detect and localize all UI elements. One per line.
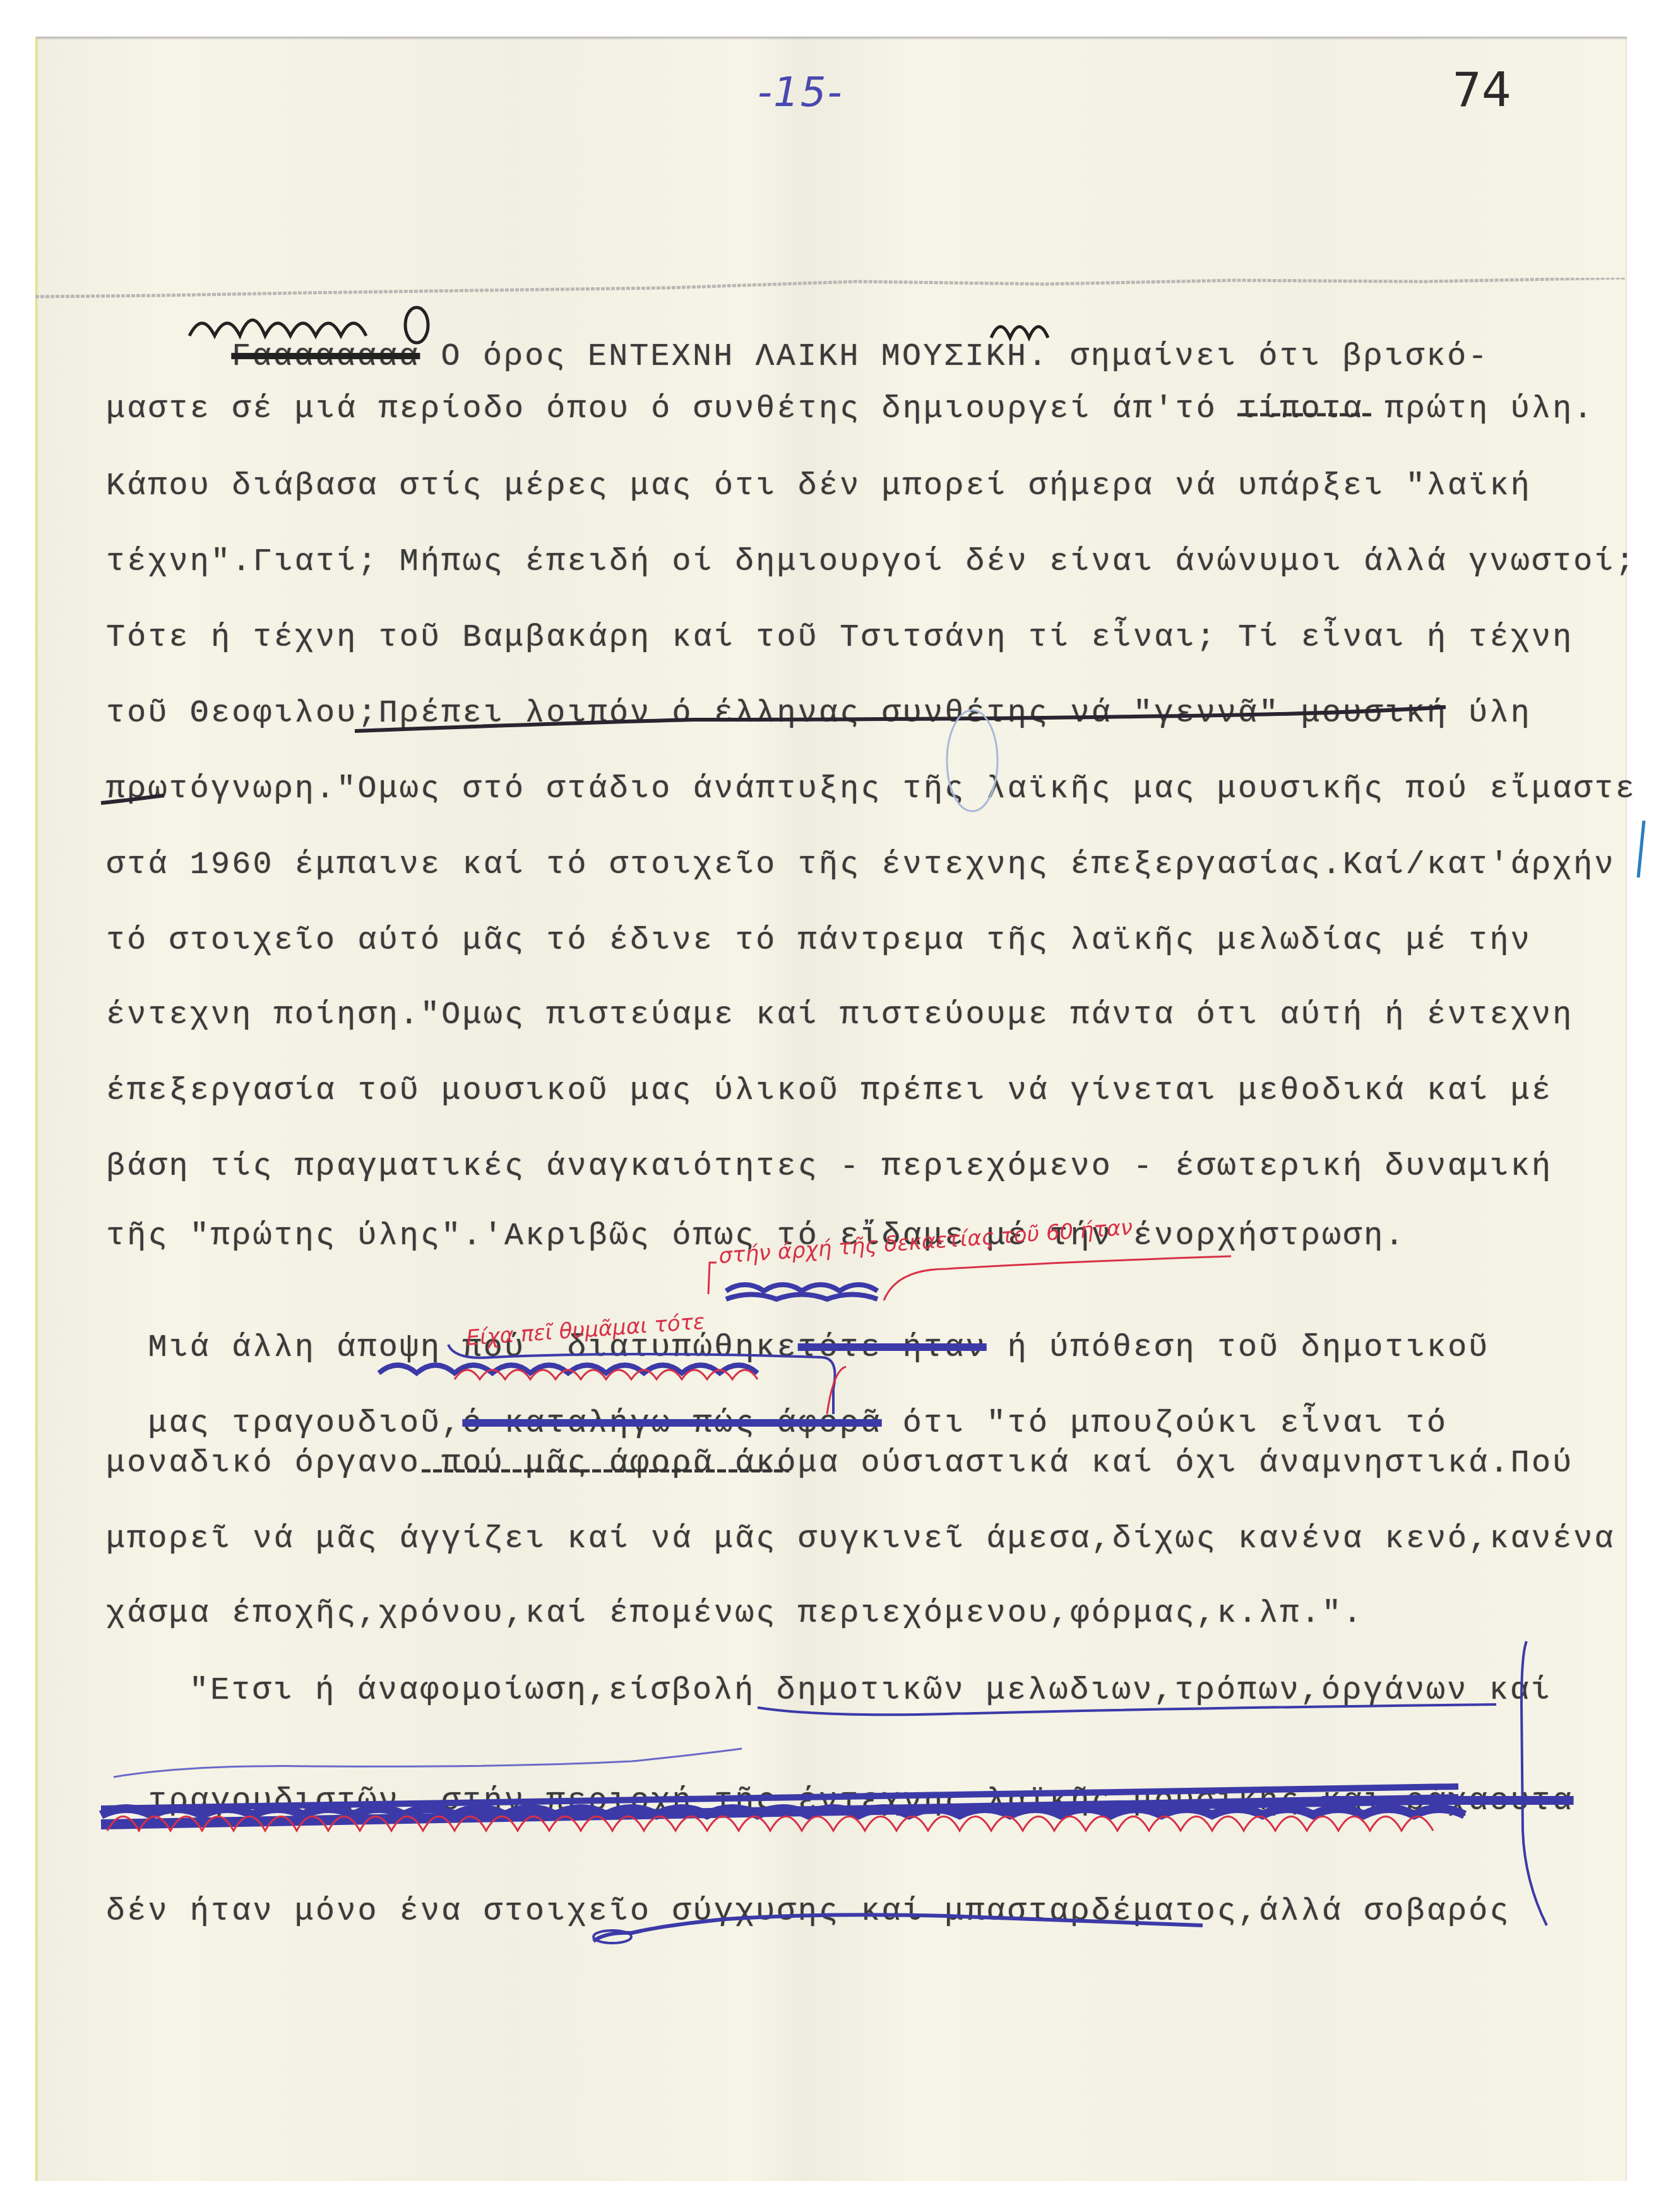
archive-folio-number: 74	[1452, 63, 1511, 117]
struck-text: καί ράχαουτα	[1322, 1783, 1573, 1819]
handwritten-page-number: -15-	[758, 69, 843, 116]
struck-text: ό καταλήγω πώς άφορᾶ	[463, 1406, 882, 1442]
text-line-16: μοναδικό όργανο πού μᾶς άφορᾶ άκόμα ούσι…	[106, 1446, 1573, 1482]
text-line-15: μας τραγουδιοῦ,ό καταλήγω πώς άφορᾶ ότι …	[106, 1370, 1448, 1442]
struck-word: Γαααααααα	[231, 339, 420, 375]
line-text: Ο όρος ΕΝΤΕΧΝΗ ΛΑΙΚΗ ΜΟΥΣΙΚΗ. σημαίνει ό…	[441, 339, 1489, 375]
text-line-6: τοῦ Θεοφιλου;Πρέπει λοιπόν ό έλληνας συν…	[106, 696, 1532, 732]
text-line-12: βάση τίς πραγματικές άναγκαιότητες - περ…	[106, 1149, 1552, 1185]
text-line-11: έπεξεργασία τοῦ μουσικοῦ μας ύλικοῦ πρέπ…	[106, 1073, 1552, 1109]
text-line-2: μαστε σέ μιά περίοδο όπου ό συνθέτης δημ…	[106, 391, 1595, 427]
text-line-3: Κάπου διάβασα στίς μέρες μας ότι δέν μπο…	[106, 468, 1532, 504]
text-line-1: Γαααααααα Ο όρος ΕΝΤΕΧΝΗ ΛΑΙΚΗ ΜΟΥΣΙΚΗ. …	[189, 303, 1489, 375]
text-line-18: χάσμα έποχῆς,χρόνου,καί έπομένως περιεχό…	[106, 1596, 1364, 1632]
line-text: ή ύπόθεση τοῦ δημοτικοῦ	[1008, 1330, 1490, 1366]
text-line-5: Τότε ή τέχνη τοῦ Βαμβακάρη καί τοῦ Τσιτσ…	[106, 620, 1573, 656]
text-line-19: "Ετσι ή άναφομοίωση,είσβολή δημοτικῶν με…	[189, 1673, 1552, 1709]
text-line-17: μπορεῖ νά μᾶς άγγίζει καί νά μᾶς συγκινε…	[106, 1521, 1616, 1557]
text-line-14: Μιά άλλη άποψη πού διατυπώθηκετότε ήταν …	[106, 1294, 1490, 1366]
text-line-22: δέν ήταν μόνο ένα στοιχεῖο σύγχυσης καί …	[106, 1894, 1511, 1930]
text-line-10: έντεχνη ποίηση."Ομως πιστεύαμε καί πιστε…	[106, 997, 1573, 1033]
struck-text: τότε ήταν	[798, 1330, 987, 1366]
line-text: τραγουδιστῶν στήν περιοχή τῆς έντεχνης λ…	[148, 1783, 1301, 1819]
text-line-7: πρωτόγνωρη."Ομως στό στάδιο άνάπτυξης τῆ…	[106, 771, 1636, 807]
text-line-9: τό στοιχεῖο αύτό μᾶς τό έδινε τό πάντρεμ…	[106, 923, 1532, 959]
paper-fold-line	[35, 278, 1626, 303]
line-text: μας τραγουδιοῦ,	[148, 1406, 462, 1442]
text-line-20: τραγουδιστῶν στήν περιοχή τῆς έντεχνης λ…	[106, 1747, 1573, 1819]
line-text: ότι "τό μπουζούκι εἶναι τό	[903, 1406, 1448, 1442]
text-line-4: τέχνη".Γιατί; Μήπως έπειδή οί δημιουργοί…	[106, 544, 1636, 580]
text-line-8: στά 1960 έμπαινε καί τό στοιχεῖο τῆς έντ…	[106, 847, 1616, 883]
